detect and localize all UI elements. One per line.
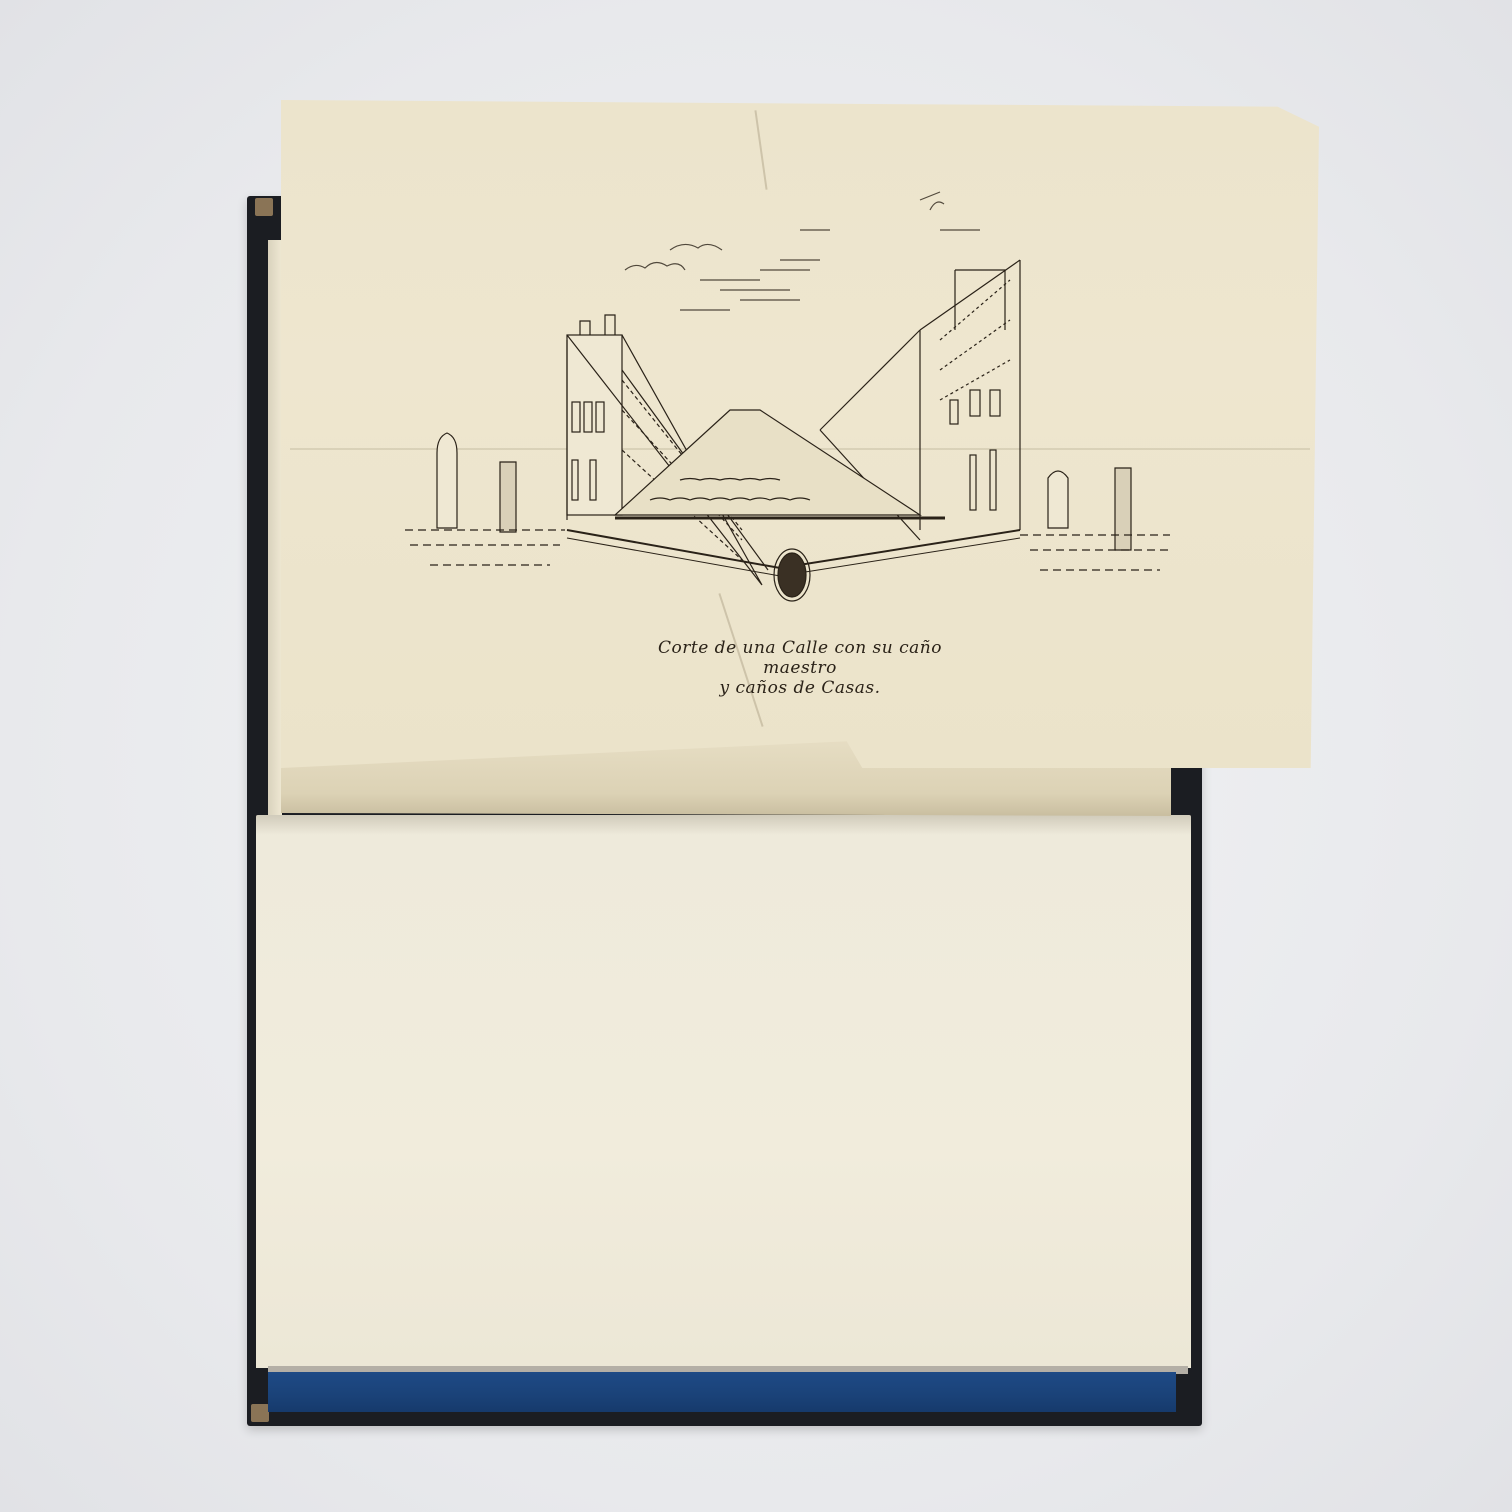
street-drawing [400,170,1180,610]
page-block-edge [268,240,282,815]
drawing-caption-line-2: y caños de Casas. [620,678,980,698]
worn-corner [251,1404,269,1422]
blue-endband [268,1372,1176,1412]
page-shadow [256,815,1191,835]
sewer-section [567,530,1020,601]
cobbled-street [615,410,945,518]
blank-page [256,815,1191,1368]
worn-corner [255,198,273,216]
clouds [625,192,980,310]
drawing-caption-line-1: Corte de una Calle con su caño maestro [620,638,980,678]
